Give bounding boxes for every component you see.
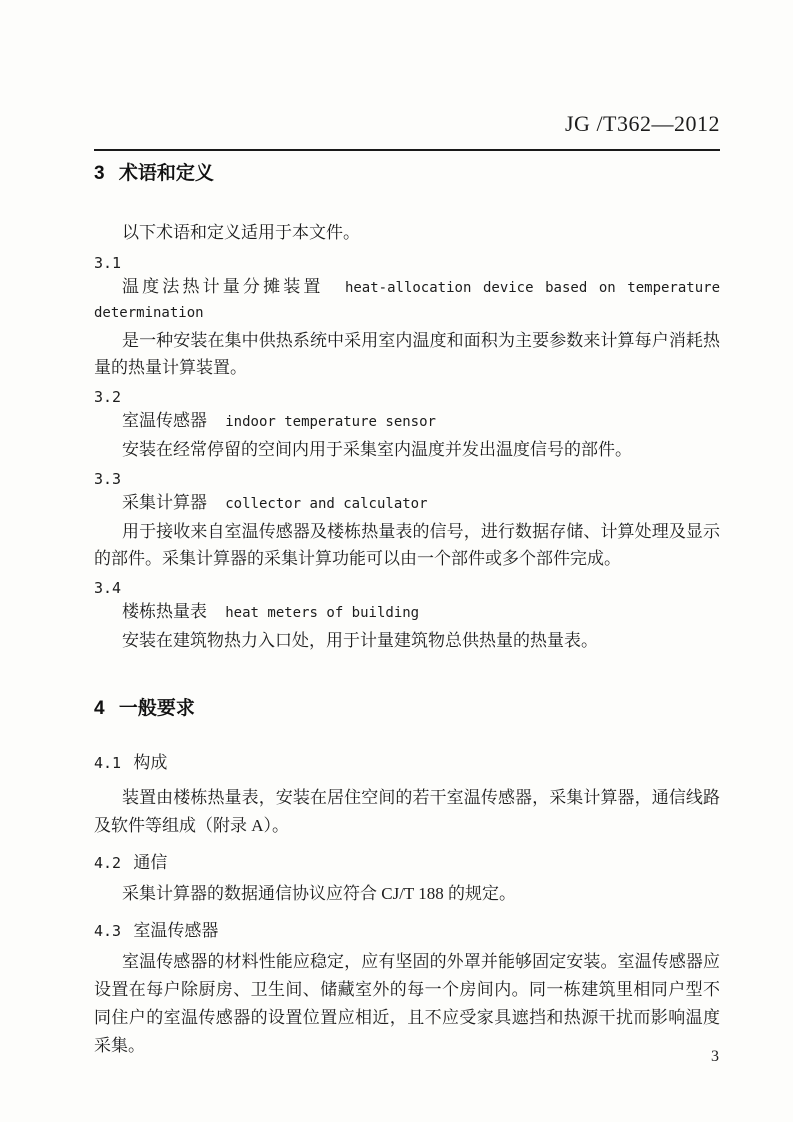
term-english: indoor temperature sensor xyxy=(225,414,436,430)
section-3-title: 术语和定义 xyxy=(119,163,214,184)
term-title: 室温传感器 indoor temperature sensor xyxy=(94,409,720,434)
section-4-title: 一般要求 xyxy=(119,698,195,719)
term-number: 3.2 xyxy=(94,387,720,407)
subsection-title: 室温传感器 xyxy=(133,921,218,940)
subsection-number: 4.1 xyxy=(94,754,121,772)
section-3-number: 3 xyxy=(94,163,105,184)
subsection-title: 通信 xyxy=(133,853,167,872)
page-number: 3 xyxy=(711,1048,719,1066)
subsection-4-2-heading: 4.2 通信 xyxy=(94,852,720,874)
term-entry-3-1: 3.1 温度法热计量分摊装置 heat-allocation device ba… xyxy=(94,253,720,381)
term-chinese: 温度法热计量分摊装置 xyxy=(122,277,324,296)
term-number: 3.1 xyxy=(94,253,720,273)
page-content: JG /T362—2012 3 术语和定义 以下术语和定义适用于本文件。 3.1… xyxy=(94,0,720,1060)
term-entry-3-4: 3.4 楼栋热量表 heat meters of building 安装在建筑物… xyxy=(94,578,720,654)
standard-code: JG /T362—2012 xyxy=(565,111,720,136)
term-title: 楼栋热量表 heat meters of building xyxy=(94,600,720,625)
term-english: collector and calculator xyxy=(225,496,427,512)
term-number: 3.4 xyxy=(94,578,720,598)
section-4-number: 4 xyxy=(94,698,105,719)
subsection-number: 4.3 xyxy=(94,922,121,940)
term-english: heat meters of building xyxy=(225,605,419,621)
subsection-4-3-heading: 4.3 室温传感器 xyxy=(94,920,720,942)
term-title: 温度法热计量分摊装置 heat-allocation device based … xyxy=(94,275,720,325)
term-definition: 是一种安装在集中供热系统中采用室内温度和面积为主要参数来计算每户消耗热量的热量计… xyxy=(94,327,720,381)
subsection-number: 4.2 xyxy=(94,854,121,872)
term-chinese: 室温传感器 xyxy=(122,411,207,430)
subsection-4-1-heading: 4.1 构成 xyxy=(94,752,720,774)
term-entry-3-3: 3.3 采集计算器 collector and calculator 用于接收来… xyxy=(94,469,720,572)
term-definition: 安装在建筑物热力入口处，用于计量建筑物总供热量的热量表。 xyxy=(94,627,720,654)
term-entry-3-2: 3.2 室温传感器 indoor temperature sensor 安装在经… xyxy=(94,387,720,463)
subsection-4-1-body: 装置由楼栋热量表，安装在居住空间的若干室温传感器，采集计算器，通信线路及软件等组… xyxy=(94,784,720,840)
section-3-heading: 3 术语和定义 xyxy=(94,163,720,185)
term-chinese: 楼栋热量表 xyxy=(122,602,207,621)
page-header: JG /T362—2012 xyxy=(94,110,720,151)
section-3-intro: 以下术语和定义适用于本文件。 xyxy=(94,219,720,247)
section-4-heading: 4 一般要求 xyxy=(94,698,720,720)
term-title: 采集计算器 collector and calculator xyxy=(94,491,720,516)
term-definition: 用于接收来自室温传感器及楼栋热量表的信号，进行数据存储、计算处理及显示的部件。采… xyxy=(94,518,720,572)
subsection-4-3-body: 室温传感器的材料性能应稳定，应有坚固的外罩并能够固定安装。室温传感器应设置在每户… xyxy=(94,948,720,1060)
term-number: 3.3 xyxy=(94,469,720,489)
subsection-4-2-body: 采集计算器的数据通信协议应符合 CJ/T 188 的规定。 xyxy=(94,880,720,908)
subsection-title: 构成 xyxy=(133,753,167,772)
document-page: JG /T362—2012 3 术语和定义 以下术语和定义适用于本文件。 3.1… xyxy=(0,0,793,1122)
term-definition: 安装在经常停留的空间内用于采集室内温度并发出温度信号的部件。 xyxy=(94,436,720,463)
term-chinese: 采集计算器 xyxy=(122,493,207,512)
